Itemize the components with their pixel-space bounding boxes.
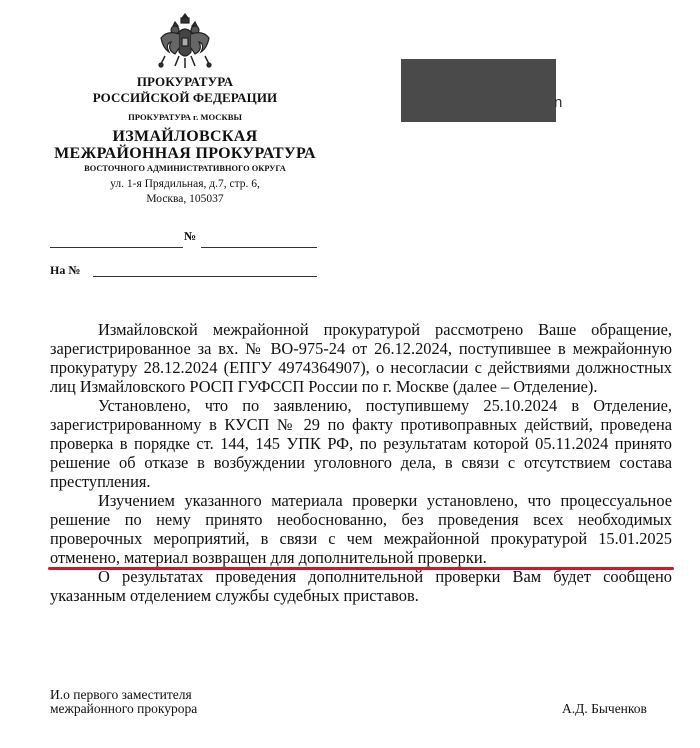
signatory-position-line1: И.о первого заместителя [50,688,197,702]
reply-to-number-line [93,276,317,277]
outgoing-number-line [201,247,317,248]
letterhead-address-street: ул. 1-я Прядильная, д.7, стр. 6, [20,178,350,190]
outgoing-date-line [50,247,183,248]
red-highlight-underline [48,567,674,570]
redacted-recipient-block [401,59,556,122]
letterhead-line-izmailovskaya: ИЗМАЙЛОВСКАЯ [20,128,350,146]
paragraph-3-end: , материал возвращен для дополнительной … [116,548,487,567]
letterhead-line-interdistrict: МЕЖРАЙОННАЯ ПРОКУРАТУРА [20,145,350,163]
recipient-visible-tail: n [554,94,562,111]
paragraph-3: Изучением указанного материала проверки … [50,491,672,567]
russian-coat-of-arms-icon [155,8,215,74]
letterhead-line-prokuratura: ПРОКУРАТУРА [20,74,350,90]
paragraph-3-start: Изучением указанного материала проверки … [50,491,672,548]
reply-to-number-label: На № [50,263,80,278]
signatory-position-line2: межрайонного прокурора [50,702,197,716]
paragraph-2: Установлено, что по заявлению, поступивш… [50,396,672,491]
signatory-name: А.Д. Быченков [562,702,647,716]
number-sign: № [184,229,196,244]
letterhead-address-city: Москва, 105037 [20,193,350,205]
signatory-position: И.о первого заместителя межрайонного про… [50,688,197,716]
paragraph-1: Измайловской межрайонной прокуратурой ра… [50,320,672,396]
letterhead-line-okrug: ВОСТОЧНОГО АДМИНИСТРАТИВНОГО ОКРУГА [20,164,350,173]
letterhead-line-moscow-prokuratura: ПРОКУРАТУРА г. МОСКВЫ [20,112,350,122]
paragraph-4: О результатах проведения дополнительной … [50,567,672,605]
letter-body: Измайловской межрайонной прокуратурой ра… [50,320,672,605]
letterhead-line-russian-federation: РОССИЙСКОЙ ФЕДЕРАЦИИ [20,90,350,106]
